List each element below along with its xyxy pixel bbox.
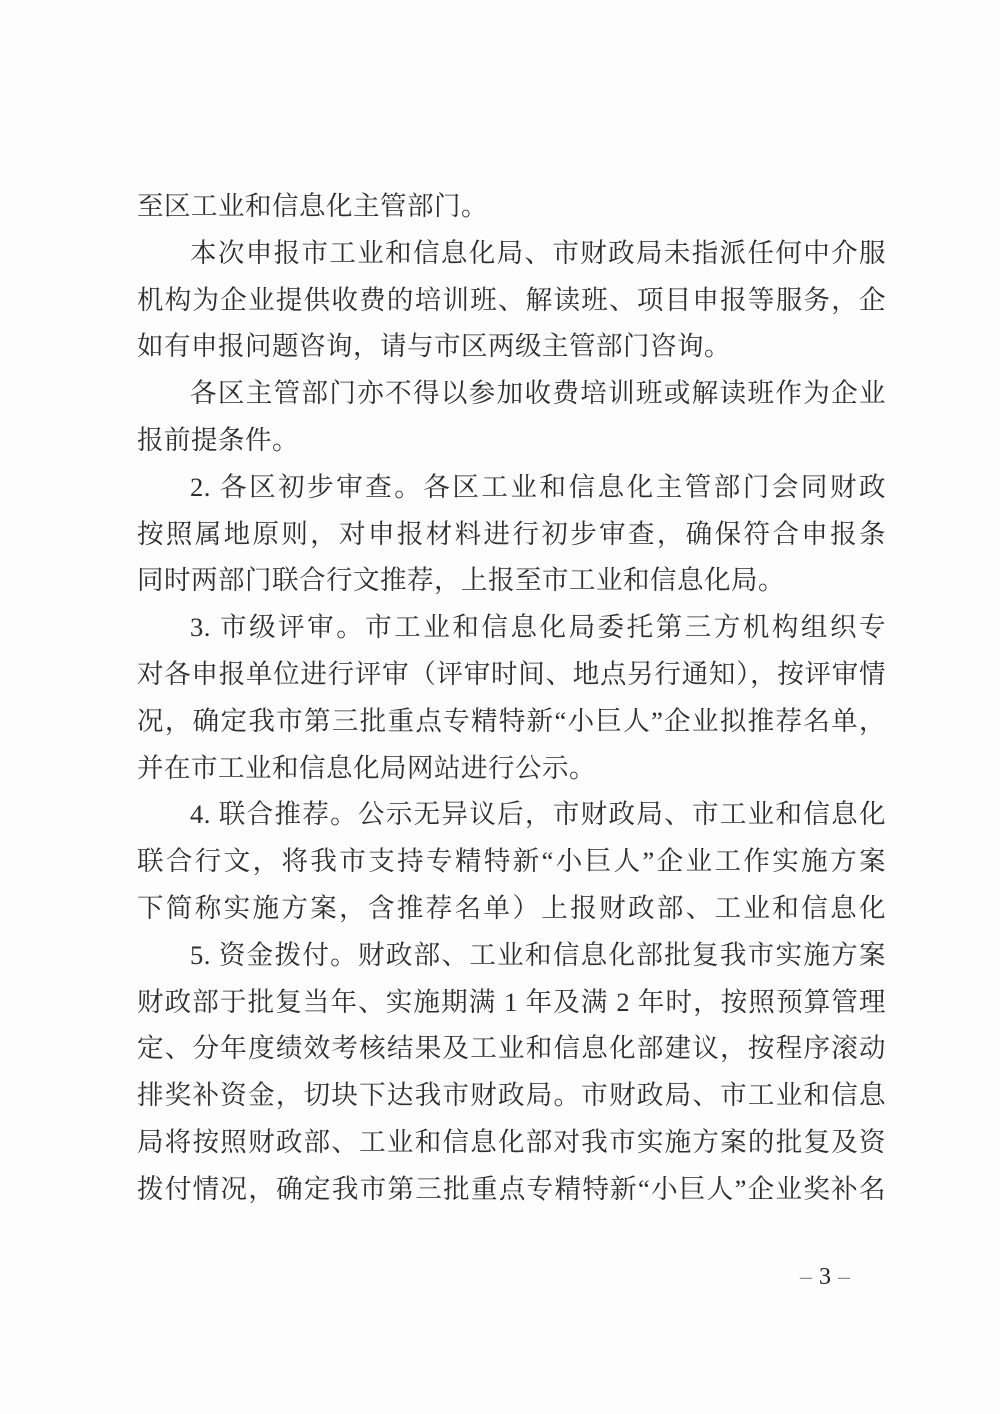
document-page: 至区工业和信息化主管部门。本次申报市工业和信息化局、市财政局未指派任何中介服务机… xyxy=(0,0,1000,1414)
page-number-left-dash: – xyxy=(793,1264,819,1290)
page-number: 3 xyxy=(819,1264,831,1290)
text-line: 对各申报单位进行评审（评审时间、地点另行通知），按评审情 xyxy=(137,651,886,698)
text-line: 并在市工业和信息化局网站进行公示。 xyxy=(137,745,886,792)
text-line: 本次申报市工业和信息化局、市财政局未指派任何中介服务 xyxy=(137,230,886,277)
text-line: 4. 联合推荐。公示无异议后，市财政局、市工业和信息化局 xyxy=(137,791,886,838)
text-line: 排奖补资金，切块下达我市财政局。市财政局、市工业和信息化 xyxy=(137,1072,886,1119)
text-line: 拨付情况，确定我市第三批重点专精特新“小巨人”企业奖补名 xyxy=(137,1166,886,1213)
text-line: 5. 资金拨付。财政部、工业和信息化部批复我市实施方案后， xyxy=(137,932,886,979)
text-line: 况，确定我市第三批重点专精特新“小巨人”企业拟推荐名单， xyxy=(137,698,886,745)
text-line: 下简称实施方案，含推荐名单）上报财政部、工业和信息化部。 xyxy=(137,885,886,932)
text-line: 报前提条件。 xyxy=(137,417,886,464)
text-line: 联合行文，将我市支持专精特新“小巨人”企业工作实施方案（以 xyxy=(137,838,886,885)
text-line: 按照属地原则，对申报材料进行初步审查，确保符合申报条件。 xyxy=(137,511,886,558)
page-number-right-dash: – xyxy=(831,1264,857,1290)
text-line: 同时两部门联合行文推荐，上报至市工业和信息化局。 xyxy=(137,557,886,604)
text-line: 3. 市级评审。市工业和信息化局委托第三方机构组织专家， xyxy=(137,604,886,651)
text-line: 各区主管部门亦不得以参加收费培训班或解读班作为企业申 xyxy=(137,370,886,417)
text-line: 机构为企业提供收费的培训班、解读班、项目申报等服务，企业 xyxy=(137,277,886,324)
text-line: 如有申报问题咨询，请与市区两级主管部门咨询。 xyxy=(137,323,886,370)
page-footer: –3– xyxy=(780,1260,870,1294)
text-line: 财政部于批复当年、实施期满 1 年及满 2 年时，按照预算管理规 xyxy=(137,979,886,1026)
text-line: 局将按照财政部、工业和信息化部对我市实施方案的批复及资金 xyxy=(137,1119,886,1166)
text-line: 定、分年度绩效考核结果及工业和信息化部建议，按程序滚动安 xyxy=(137,1025,886,1072)
document-body: 至区工业和信息化主管部门。本次申报市工业和信息化局、市财政局未指派任何中介服务机… xyxy=(137,183,886,1213)
text-line: 2. 各区初步审查。各区工业和信息化主管部门会同财政局， xyxy=(137,464,886,511)
text-line: 至区工业和信息化主管部门。 xyxy=(137,183,886,230)
